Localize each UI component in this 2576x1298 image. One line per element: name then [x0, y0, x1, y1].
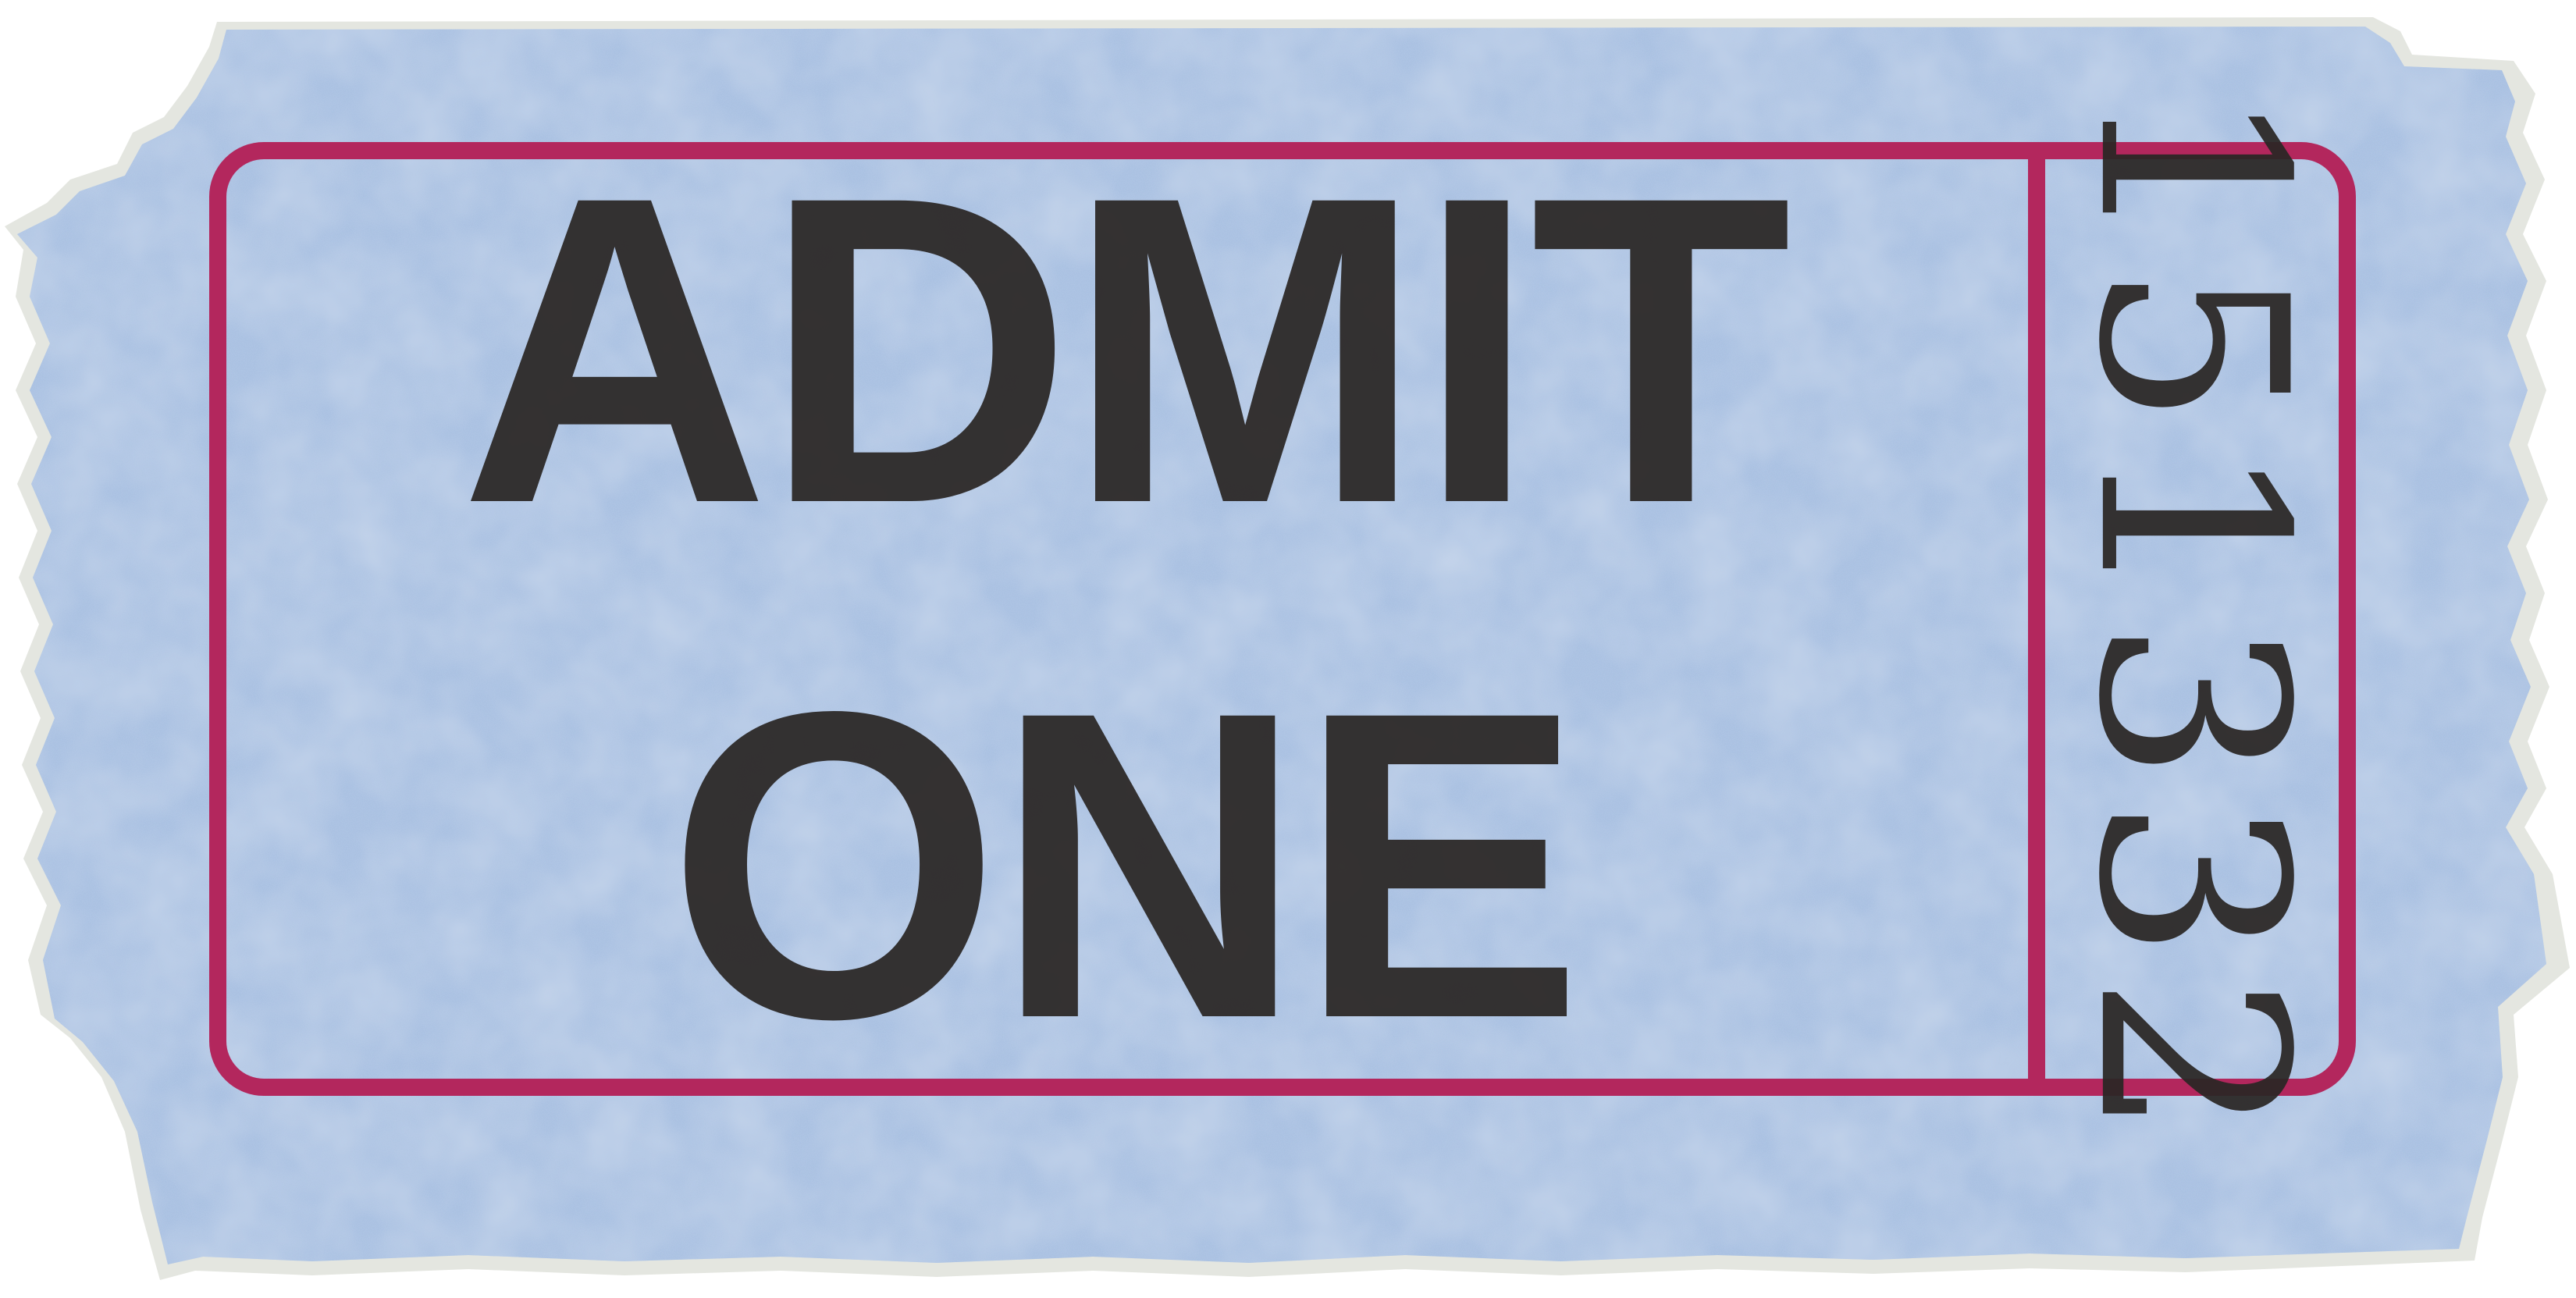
ticket-main-area: ADMIT ONE [209, 142, 2036, 1096]
admit-text: ADMIT [460, 131, 1785, 568]
one-text: ONE [667, 646, 1578, 1083]
ticket-photo: ADMIT ONE 151332 [0, 0, 2576, 1298]
serial-number: 151332 [2063, 85, 2321, 1153]
ticket-stub: 151332 [2045, 159, 2339, 1079]
